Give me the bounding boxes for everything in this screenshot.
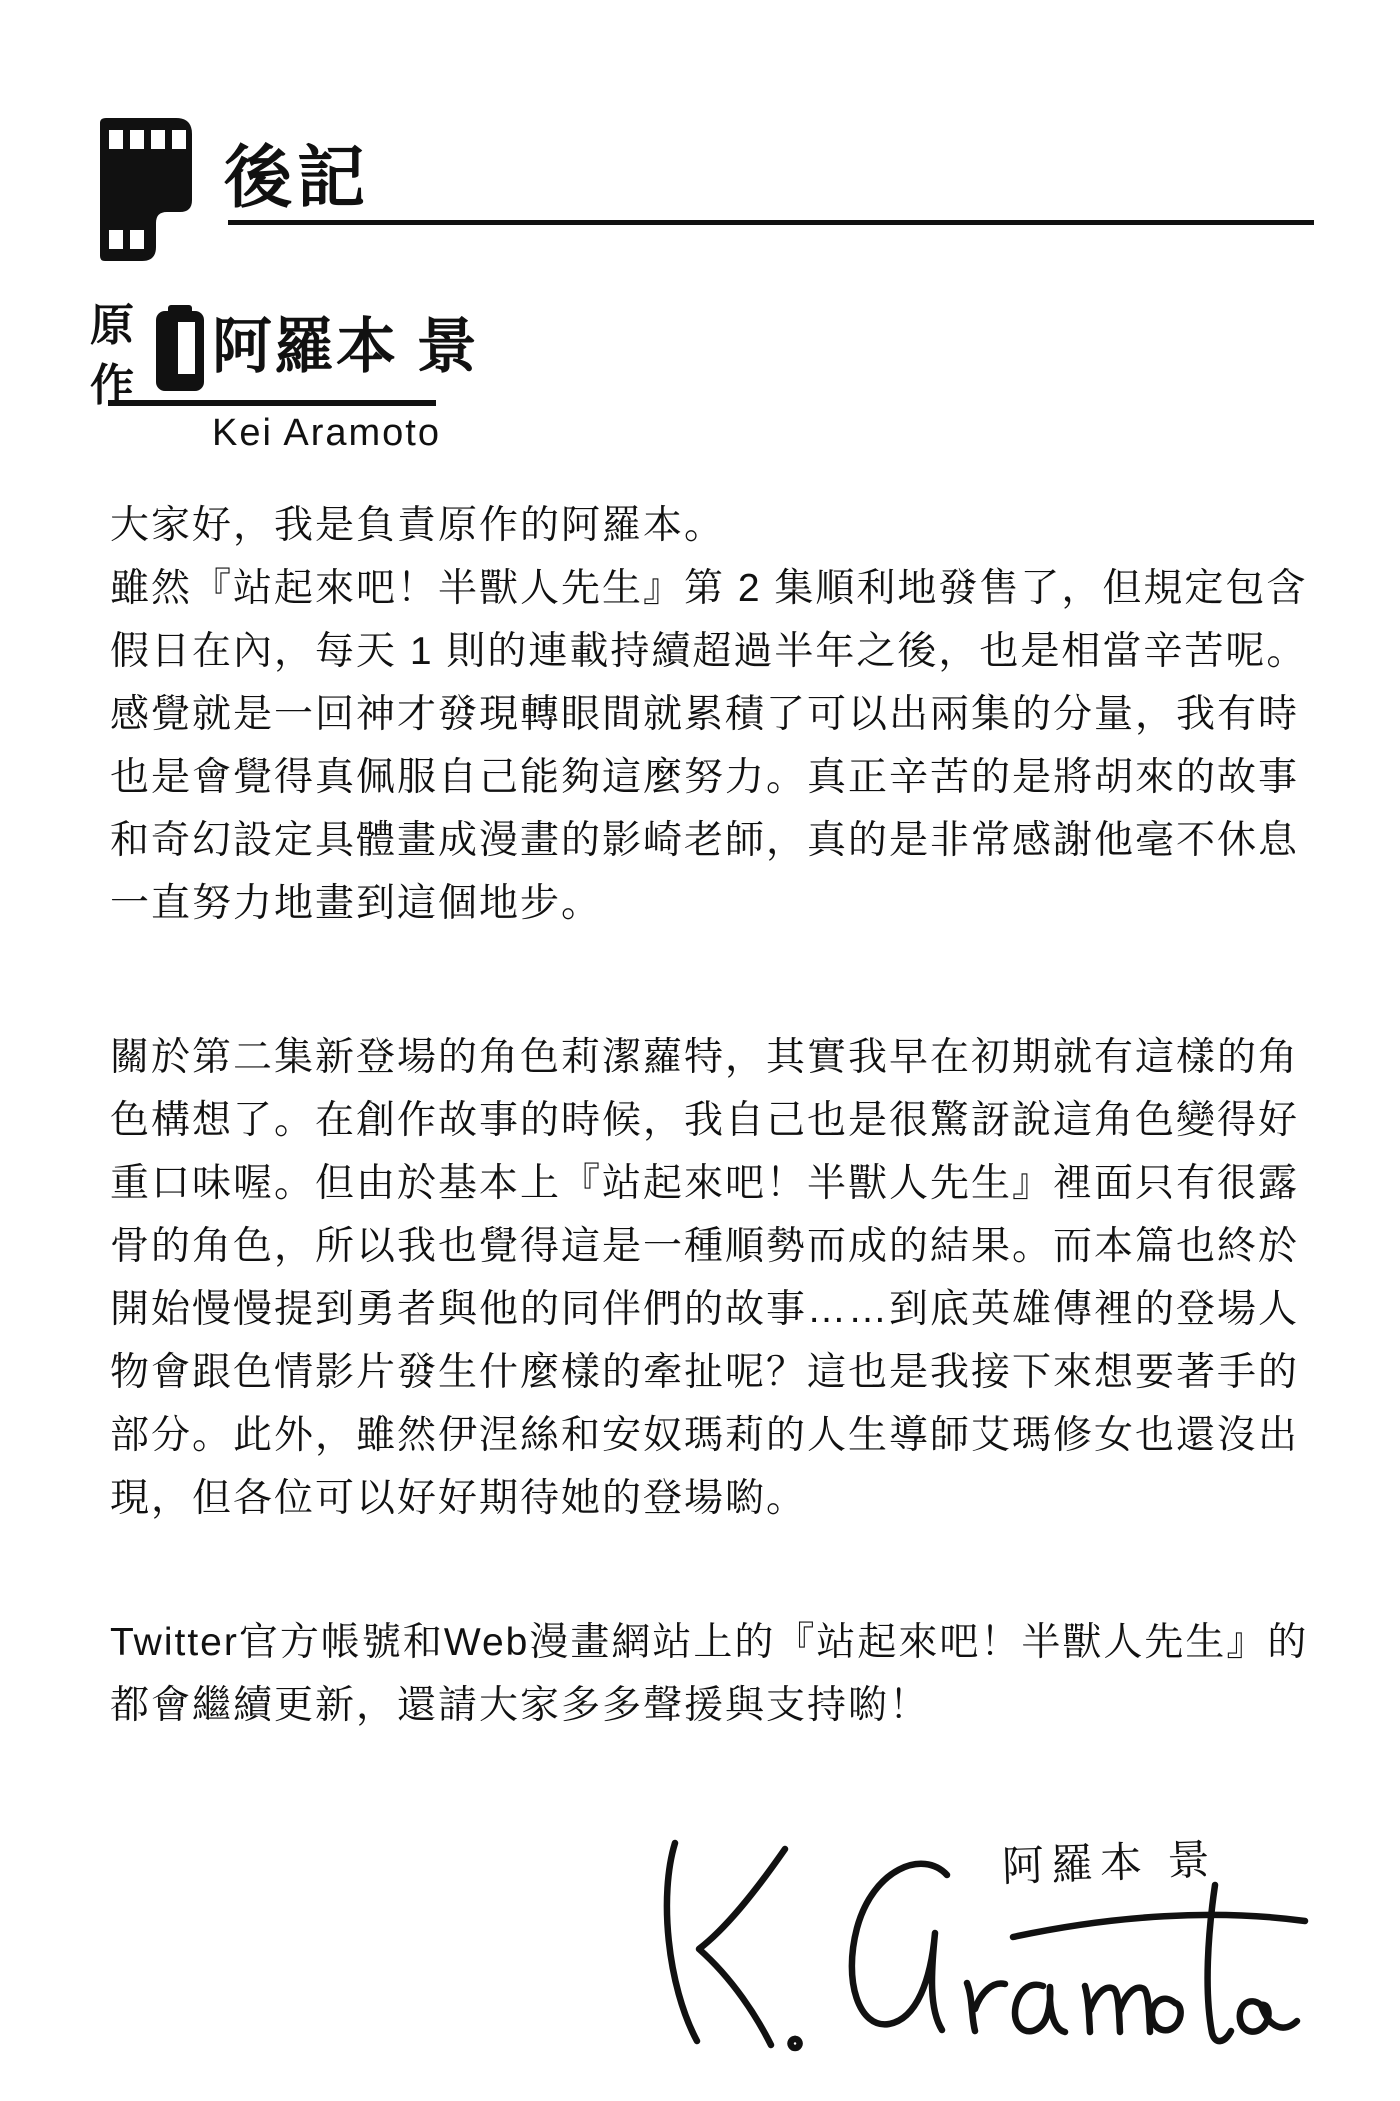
title-underline bbox=[228, 220, 1314, 225]
page-title: 後記 bbox=[224, 144, 370, 212]
paragraph-3: Twitter官方帳號和Web漫畫網站上的『站起來吧！半獸人先生』的 都會繼續更… bbox=[110, 1611, 1350, 1737]
author-role-label: 原作 bbox=[90, 296, 142, 416]
author-romanized-name: Kei Aramoto bbox=[212, 414, 441, 452]
battery-icon bbox=[156, 305, 204, 396]
paragraph-1: 大家好，我是負責原作的阿羅本。 雖然『站起來吧！半獸人先生』第 2 集順利地發售… bbox=[110, 494, 1350, 935]
author-name: 阿羅本 景 bbox=[212, 317, 479, 377]
paragraph-2: 關於第二集新登場的角色莉潔蘿特，其實我早在初期就有這樣的角 色構想了。在創作故事… bbox=[110, 1026, 1350, 1530]
film-strip-icon bbox=[100, 118, 192, 266]
signature-autograph bbox=[645, 1833, 1315, 2066]
afterword-page: 後記 原作 阿羅本 景 Kei Aramoto 大家好，我是負責原作的阿羅本。 … bbox=[0, 0, 1400, 2101]
author-underline bbox=[108, 400, 436, 406]
